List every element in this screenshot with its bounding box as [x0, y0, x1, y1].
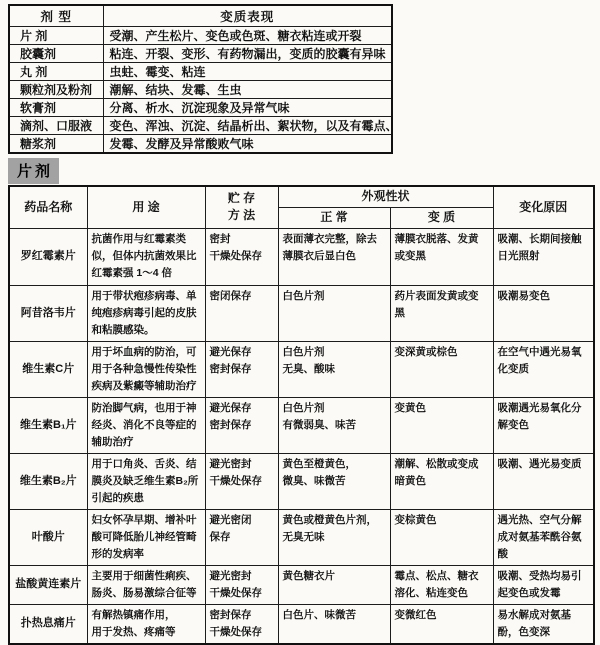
column-header-change-cause: 变化原因 [493, 186, 594, 228]
dosage-form-cell: 片 剂 [9, 27, 103, 45]
drug-name-cell: 维生素C片 [9, 341, 87, 397]
deterioration-signs-cell: 发霉、发酵及异常酸败气味 [103, 135, 392, 154]
drug-name-cell: 盐酸黄连素片 [9, 565, 87, 604]
normal-appearance-cell: 黄色糖衣片 [278, 565, 390, 604]
table-row: 胶囊剂 粘连、开裂、变形、有药物漏出，变质的胶囊有异味 [9, 45, 392, 63]
drug-name-cell: 维生素B₁片 [9, 397, 87, 453]
change-cause-cell: 吸潮易变色 [493, 285, 594, 341]
change-cause-cell: 吸潮、长期间接触日光照射 [493, 228, 594, 285]
table-header-row: 剂 型 变质表现 [9, 5, 392, 27]
use-cell: 妇女怀孕早期、增补叶酸可降低胎儿神经管畸形的发病率 [87, 509, 205, 565]
table-header-row: 药品名称 用 途 贮 存 方 法 外观性状 变化原因 [9, 186, 594, 207]
deterioration-signs-cell: 潮解、结块、发霉、生虫 [103, 81, 392, 99]
deterioration-signs-cell: 分离、析水、沉淀现象及异常气味 [103, 99, 392, 117]
change-cause-cell: 吸潮、受热均易引起变色或发霉 [493, 565, 594, 604]
deteriorated-appearance-cell: 变深黄或棕色 [390, 341, 493, 397]
use-cell: 有解热镇痛作用， 用于发热、疼痛等 [87, 604, 205, 644]
change-cause-cell: 遇光热、空气分解成对氨基苯酰谷氨酸 [493, 509, 594, 565]
use-cell: 主要用于细菌性痢疾、肠炎、肠易激综合征等 [87, 565, 205, 604]
normal-appearance-cell: 表面薄衣完整，除去薄膜衣后显白色 [278, 228, 390, 285]
storage-cell: 避光保存 密封保存 [205, 341, 278, 397]
tablet-drugs-table: 药品名称 用 途 贮 存 方 法 外观性状 变化原因 正 常 变 质 罗红霉素片… [8, 185, 595, 645]
storage-cell: 避光保存 密封保存 [205, 397, 278, 453]
deteriorated-appearance-cell: 薄膜衣脱落、发黄或变黑 [390, 228, 493, 285]
column-header-storage-method: 贮 存 方 法 [205, 186, 278, 228]
dosage-form-table: 剂 型 变质表现 片 剂 受潮、产生松片、变色或色斑、糖衣粘连或开裂 胶囊剂 粘… [8, 4, 393, 154]
deteriorated-appearance-cell: 变棕黄色 [390, 509, 493, 565]
table-row: 片 剂 受潮、产生松片、变色或色斑、糖衣粘连或开裂 [9, 27, 392, 45]
deterioration-signs-cell: 受潮、产生松片、变色或色斑、糖衣粘连或开裂 [103, 27, 392, 45]
table-row: 滴剂、口服液 变色、浑浊、沉淀、结晶析出、絮状物，以及有霉点、霉花等 [9, 117, 392, 135]
column-header-deteriorated: 变 质 [390, 207, 493, 228]
dosage-form-cell: 丸 剂 [9, 63, 103, 81]
normal-appearance-cell: 白色片、味微苦 [278, 604, 390, 644]
dosage-form-cell: 颗粒剂及粉剂 [9, 81, 103, 99]
column-header-deterioration-signs: 变质表现 [103, 5, 392, 27]
normal-appearance-cell: 黄色或橙黄色片剂， 无臭无味 [278, 509, 390, 565]
change-cause-cell: 吸潮遇光易氧化分解变色 [493, 397, 594, 453]
table-row: 扑热息痛片 有解热镇痛作用， 用于发热、疼痛等 密封保存 干燥处保存 白色片、味… [9, 604, 594, 644]
table-row: 阿昔洛韦片 用于带状疱疹病毒、单纯疱疹病毒引起的皮肤和粘膜感染。 密闭保存 白色… [9, 285, 594, 341]
normal-appearance-cell: 白色片剂 [278, 285, 390, 341]
dosage-form-cell: 滴剂、口服液 [9, 117, 103, 135]
deteriorated-appearance-cell: 药片表面发黄或变黑 [390, 285, 493, 341]
drug-name-cell: 罗红霉素片 [9, 228, 87, 285]
table-row: 糖浆剂 发霉、发酵及异常酸败气味 [9, 135, 392, 154]
deteriorated-appearance-cell: 变微红色 [390, 604, 493, 644]
deterioration-signs-cell: 变色、浑浊、沉淀、结晶析出、絮状物，以及有霉点、霉花等 [103, 117, 392, 135]
use-cell: 用于坏血病的防治，可用于各种急慢性传染性疾病及紫癜等辅助治疗 [87, 341, 205, 397]
deteriorated-appearance-cell: 潮解、松散或变成暗黄色 [390, 453, 493, 509]
drug-name-cell: 阿昔洛韦片 [9, 285, 87, 341]
drug-name-cell: 扑热息痛片 [9, 604, 87, 644]
deterioration-signs-cell: 粘连、开裂、变形、有药物漏出，变质的胶囊有异味 [103, 45, 392, 63]
deteriorated-appearance-cell: 变黄色 [390, 397, 493, 453]
table-row: 维生素C片 用于坏血病的防治，可用于各种急慢性传染性疾病及紫癜等辅助治疗 避光保… [9, 341, 594, 397]
table-row: 叶酸片 妇女怀孕早期、增补叶酸可降低胎儿神经管畸形的发病率 避光密闭 保存 黄色… [9, 509, 594, 565]
table-row: 维生素B₂片 用于口角炎、舌炎、结膜炎及缺乏维生素B₂所引起的疾患 避光密封 干… [9, 453, 594, 509]
table-row: 盐酸黄连素片 主要用于细菌性痢疾、肠炎、肠易激综合征等 避光密封 干燥处保存 黄… [9, 565, 594, 604]
storage-cell: 避光密封 干燥处保存 [205, 453, 278, 509]
deteriorated-appearance-cell: 霉点、松点、糖衣溶化、粘连变色 [390, 565, 493, 604]
deterioration-signs-cell: 虫蛀、霉变、粘连 [103, 63, 392, 81]
drug-name-cell: 叶酸片 [9, 509, 87, 565]
storage-cell: 避光密封 干燥处保存 [205, 565, 278, 604]
column-header-normal: 正 常 [278, 207, 390, 228]
column-header-use: 用 途 [87, 186, 205, 228]
column-header-drug-name: 药品名称 [9, 186, 87, 228]
storage-cell: 密封保存 干燥处保存 [205, 604, 278, 644]
table-row: 软膏剂 分离、析水、沉淀现象及异常气味 [9, 99, 392, 117]
normal-appearance-cell: 黄色至橙黄色， 微臭、味微苦 [278, 453, 390, 509]
change-cause-cell: 在空气中遇光易氧化变质 [493, 341, 594, 397]
use-cell: 抗菌作用与红霉素类似，但体内抗菌效果比红霉素强 1～4 倍 [87, 228, 205, 285]
table-row: 颗粒剂及粉剂 潮解、结块、发霉、生虫 [9, 81, 392, 99]
storage-cell: 密闭保存 [205, 285, 278, 341]
table-row: 维生素B₁片 防治脚气病，也用于神经炎、消化不良等症的辅助治疗 避光保存 密封保… [9, 397, 594, 453]
storage-cell: 避光密闭 保存 [205, 509, 278, 565]
change-cause-cell: 吸潮、遇光易变质 [493, 453, 594, 509]
dosage-form-cell: 软膏剂 [9, 99, 103, 117]
use-cell: 防治脚气病，也用于神经炎、消化不良等症的辅助治疗 [87, 397, 205, 453]
normal-appearance-cell: 白色片剂 有微弱臭、味苦 [278, 397, 390, 453]
column-header-dosage-form: 剂 型 [9, 5, 103, 27]
use-cell: 用于口角炎、舌炎、结膜炎及缺乏维生素B₂所引起的疾患 [87, 453, 205, 509]
section-heading-tablets: 片剂 [8, 158, 59, 184]
use-cell: 用于带状疱疹病毒、单纯疱疹病毒引起的皮肤和粘膜感染。 [87, 285, 205, 341]
dosage-form-cell: 糖浆剂 [9, 135, 103, 154]
column-header-appearance: 外观性状 [278, 186, 493, 207]
table-row: 丸 剂 虫蛀、霉变、粘连 [9, 63, 392, 81]
normal-appearance-cell: 白色片剂 无臭、酸味 [278, 341, 390, 397]
change-cause-cell: 易水解成对氨基酚，色变深 [493, 604, 594, 644]
table-row: 罗红霉素片 抗菌作用与红霉素类似，但体内抗菌效果比红霉素强 1～4 倍 密封 干… [9, 228, 594, 285]
drug-name-cell: 维生素B₂片 [9, 453, 87, 509]
dosage-form-cell: 胶囊剂 [9, 45, 103, 63]
storage-cell: 密封 干燥处保存 [205, 228, 278, 285]
